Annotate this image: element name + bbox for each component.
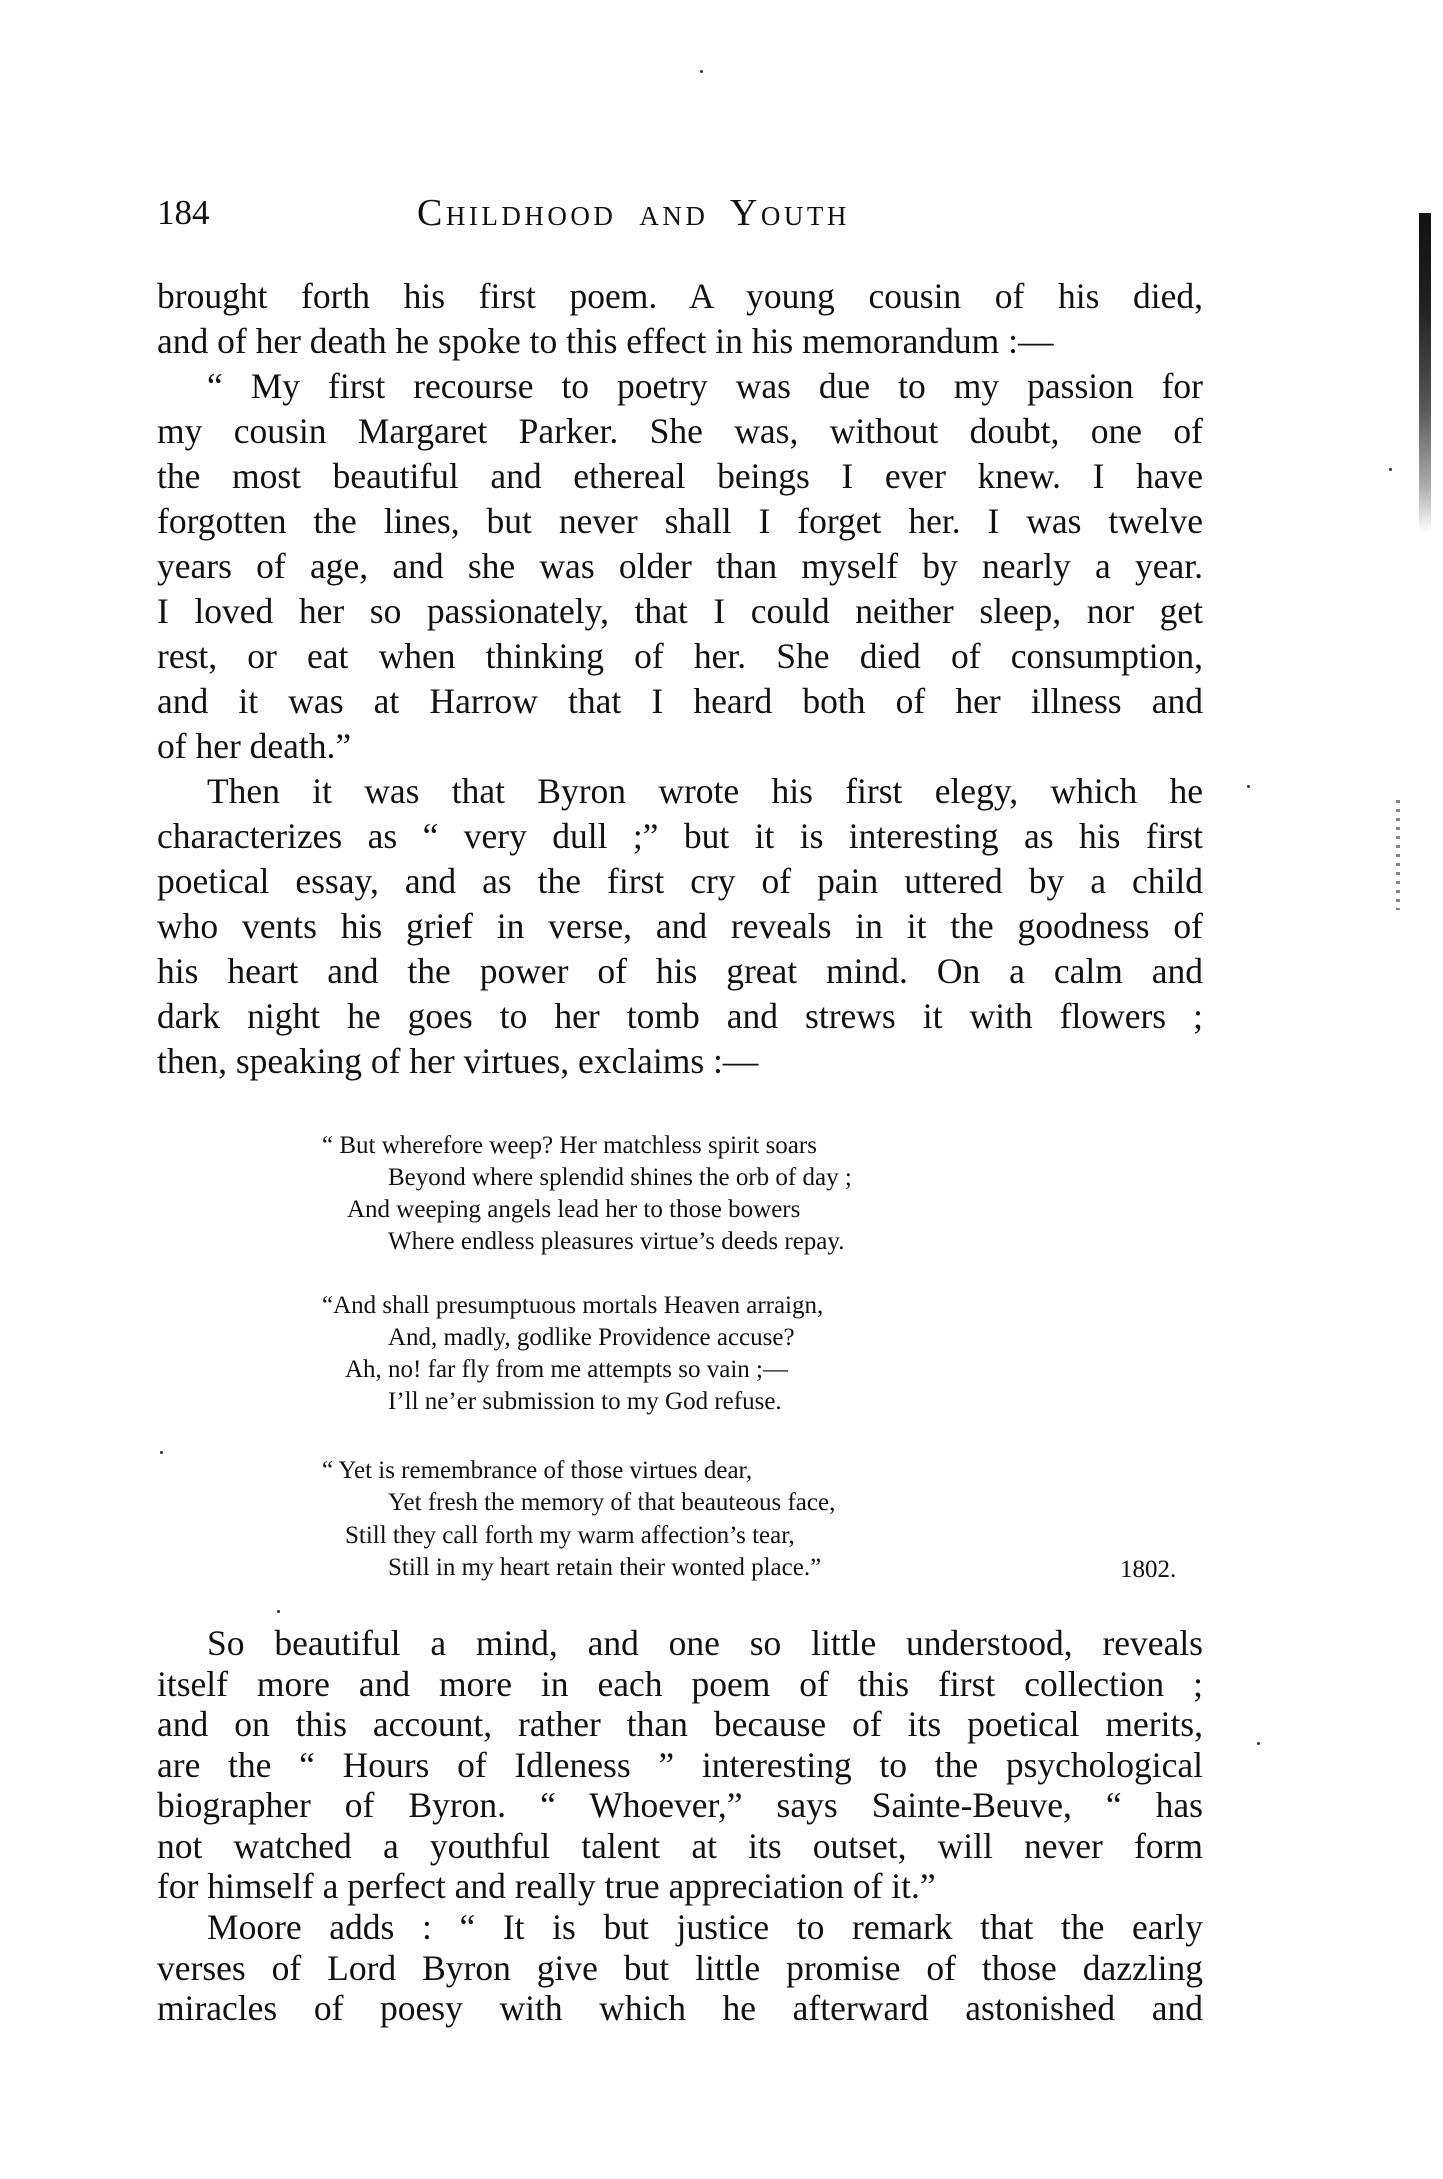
- verse-line: Still they call forth my warm affection’…: [345, 1521, 795, 1551]
- verse-line: Beyond where splendid shines the orb of …: [388, 1163, 852, 1193]
- text-line: of her death.”: [157, 726, 1203, 766]
- text-line: miracles of poesy with which he afterwar…: [157, 1988, 1203, 2028]
- text-line: then, speaking of her virtues, exclaims …: [157, 1041, 1203, 1081]
- text-line: years of age, and she was older than mys…: [157, 546, 1203, 586]
- running-head: 184 Childhood and Youth: [157, 190, 1203, 240]
- text-line: itself more and more in each poem of thi…: [157, 1664, 1203, 1704]
- poem-date: 1802.: [1120, 1555, 1176, 1585]
- text-line: my cousin Margaret Parker. She was, with…: [157, 411, 1203, 451]
- text-line: and of her death he spoke to this effect…: [157, 321, 1203, 361]
- verse-line: “And shall presumptuous mortals Heaven a…: [322, 1291, 823, 1321]
- text-line: characterizes as “ very dull ;” but it i…: [157, 816, 1203, 856]
- text-line: who vents his grief in verse, and reveal…: [157, 906, 1203, 946]
- text-line: Moore adds : “ It is but justice to rema…: [207, 1907, 1203, 1947]
- text-line: are the “ Hours of Idleness ” interestin…: [157, 1745, 1203, 1785]
- scan-speck: [1257, 1742, 1260, 1745]
- verse-line: Where endless pleasures virtue’s deeds r…: [388, 1227, 845, 1257]
- verse-line: Ah, no! far fly from me attempts so vain…: [345, 1355, 788, 1385]
- text-line: Then it was that Byron wrote his first e…: [207, 771, 1203, 811]
- text-line: I loved her so passionately, that I coul…: [157, 591, 1203, 631]
- verse-line: I’ll ne’er submission to my God refuse.: [388, 1387, 782, 1417]
- text-line: poetical essay, and as the first cry of …: [157, 861, 1203, 901]
- scan-speck: [1247, 785, 1250, 788]
- text-line: his heart and the power of his great min…: [157, 951, 1203, 991]
- text-line: dark night he goes to her tomb and strew…: [157, 996, 1203, 1036]
- text-line: verses of Lord Byron give but little pro…: [157, 1948, 1203, 1988]
- scan-edge-mark: [1396, 800, 1400, 910]
- verse-line: Still in my heart retain their wonted pl…: [388, 1553, 821, 1583]
- text-line: the most beautiful and ethereal beings I…: [157, 456, 1203, 496]
- text-line: and it was at Harrow that I heard both o…: [157, 681, 1203, 721]
- book-page: 184 Childhood and Youth brought forth hi…: [0, 0, 1443, 2179]
- text-line: biographer of Byron. “ Whoever,” says Sa…: [157, 1785, 1203, 1825]
- verse-line: “ But wherefore weep? Her matchless spir…: [322, 1131, 817, 1161]
- running-head-title: Childhood and Youth: [417, 188, 850, 238]
- verse-line: “ Yet is remembrance of those virtues de…: [322, 1456, 752, 1486]
- page-number: 184: [157, 190, 210, 236]
- scan-speck: [160, 1451, 163, 1454]
- text-line: and on this account, rather than because…: [157, 1704, 1203, 1744]
- scan-speck: [277, 1610, 280, 1613]
- text-line: forgotten the lines, but never shall I f…: [157, 501, 1203, 541]
- text-line: brought forth his first poem. A young co…: [157, 276, 1203, 316]
- verse-line: And weeping angels lead her to those bow…: [347, 1195, 800, 1225]
- scan-speck: [1389, 468, 1392, 471]
- scan-edge-mark: [1419, 213, 1431, 533]
- scan-speck: [700, 70, 703, 73]
- text-line: So beautiful a mind, and one so little u…: [207, 1623, 1203, 1663]
- verse-line: Yet fresh the memory of that beauteous f…: [388, 1488, 835, 1518]
- text-line: rest, or eat when thinking of her. She d…: [157, 636, 1203, 676]
- verse-line: And, madly, godlike Providence accuse?: [388, 1323, 795, 1353]
- text-line: “ My first recourse to poetry was due to…: [207, 366, 1203, 406]
- text-line: for himself a perfect and really true ap…: [157, 1866, 1203, 1906]
- text-line: not watched a youthful talent at its out…: [157, 1826, 1203, 1866]
